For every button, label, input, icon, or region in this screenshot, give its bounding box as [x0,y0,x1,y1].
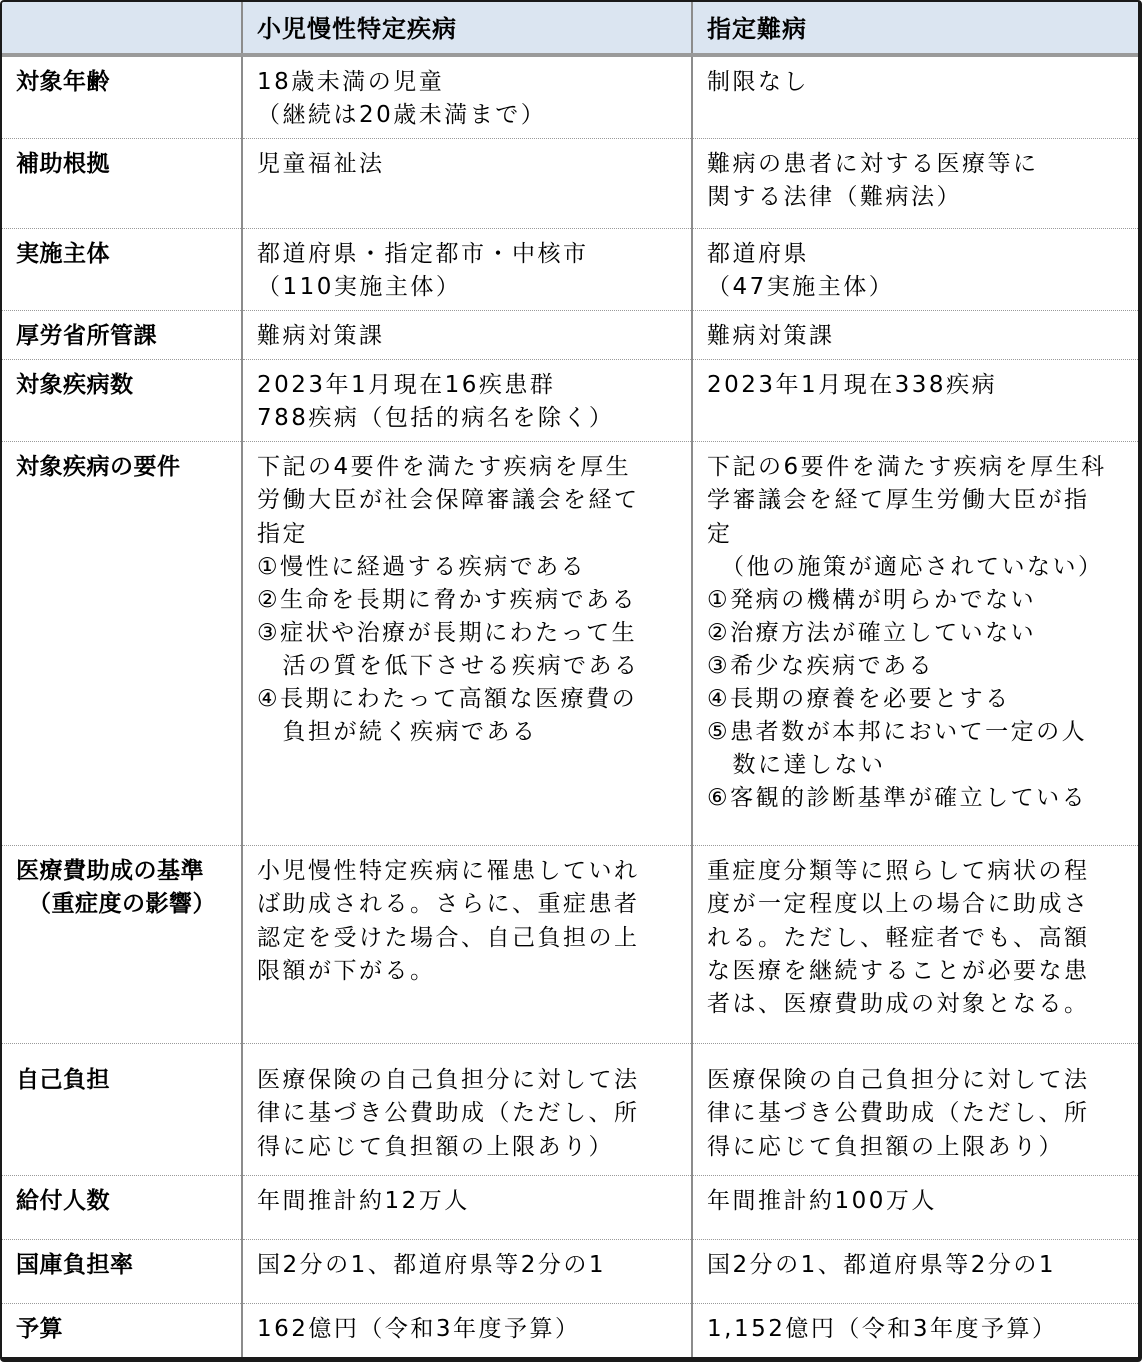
table-row-kyufu-ninzu: 給付人数 年間推計約12万人 年間推計約100万人 [2,1176,1142,1240]
table-row-shippei-yoken: 対象疾病の要件 下記の4要件を満たす疾病を厚生 労働大臣が社会保障審議会を経て … [2,442,1142,846]
cell-nanbyo: 2023年1月現在338疾病 [692,360,1142,442]
table-row-josei-kijun: 医療費助成の基準 （重症度の影響） 小児慢性特定疾病に罹患していれ ば助成される… [2,846,1142,1044]
cell-nanbyo: 年間推計約100万人 [692,1176,1142,1240]
cell-nanbyo: 医療保険の自己負担分に対して法 律に基づき公費助成（ただし、所 得に応じて負担額… [692,1044,1142,1176]
cell-shoni: 小児慢性特定疾病に罹患していれ ば助成される。さらに、重症患者 認定を受けた場合… [242,846,692,1044]
cell-nanbyo: 都道府県 （47実施主体） [692,228,1142,310]
cell-shoni: 2023年1月現在16疾患群 788疾病（包括的病名を除く） [242,360,692,442]
table-row-jiko-futan: 自己負担 医療保険の自己負担分に対して法 律に基づき公費助成（ただし、所 得に応… [2,1044,1142,1176]
cell-shoni: 年間推計約12万人 [242,1176,692,1240]
row-label: 対象疾病数 [2,360,242,442]
table-row-jisshi-shutai: 実施主体 都道府県・指定都市・中核市 （110実施主体） 都道府県 （47実施主… [2,228,1142,310]
cell-shoni: 下記の4要件を満たす疾病を厚生 労働大臣が社会保障審議会を経て 指定 ①慢性に経… [242,442,692,846]
cell-shoni: 難病対策課 [242,310,692,359]
cell-shoni: 国2分の1、都道府県等2分の1 [242,1240,692,1304]
row-label: 対象年齢 [2,55,242,139]
comparison-table-frame: 小児慢性特定疾病 指定難病 対象年齢 18歳未満の児童 （継続は20歳未満まで）… [0,0,1142,1362]
disease-program-comparison-table: 小児慢性特定疾病 指定難病 対象年齢 18歳未満の児童 （継続は20歳未満まで）… [2,2,1142,1362]
header-row: 小児慢性特定疾病 指定難病 [2,2,1142,55]
cell-nanbyo: 難病対策課 [692,310,1142,359]
header-empty-cell [2,2,242,55]
cell-shoni: 児童福祉法 [242,138,692,228]
row-label: 給付人数 [2,1176,242,1240]
cell-shoni: 162億円（令和3年度予算） [242,1304,692,1362]
cell-shoni: 18歳未満の児童 （継続は20歳未満まで） [242,55,692,139]
table-row-shippei-su: 対象疾病数 2023年1月現在16疾患群 788疾病（包括的病名を除く） 202… [2,360,1142,442]
row-label: 実施主体 [2,228,242,310]
row-label: 対象疾病の要件 [2,442,242,846]
header-shoni-mansei: 小児慢性特定疾病 [242,2,692,55]
cell-nanbyo: 重症度分類等に照らして病状の程 度が一定程度以上の場合に助成さ れる。ただし、軽… [692,846,1142,1044]
cell-nanbyo: 下記の6要件を満たす疾病を厚生科 学審議会を経て厚生労働大臣が指 定 （他の施策… [692,442,1142,846]
table-row-hojo-konkyo: 補助根拠 児童福祉法 難病の患者に対する医療等に 関する法律（難病法） [2,138,1142,228]
row-label: 補助根拠 [2,138,242,228]
row-label: 国庫負担率 [2,1240,242,1304]
cell-nanbyo: 難病の患者に対する医療等に 関する法律（難病法） [692,138,1142,228]
cell-nanbyo: 国2分の1、都道府県等2分の1 [692,1240,1142,1304]
row-label: 予算 [2,1304,242,1362]
cell-shoni: 都道府県・指定都市・中核市 （110実施主体） [242,228,692,310]
cell-nanbyo: 1,152億円（令和3年度予算） [692,1304,1142,1362]
row-label: 医療費助成の基準 （重症度の影響） [2,846,242,1044]
row-label: 厚労省所管課 [2,310,242,359]
table-row-kokko-futan-ritsu: 国庫負担率 国2分の1、都道府県等2分の1 国2分の1、都道府県等2分の1 [2,1240,1142,1304]
table-row-taishou-nenrei: 対象年齢 18歳未満の児童 （継続は20歳未満まで） 制限なし [2,55,1142,139]
table-row-shokan-ka: 厚労省所管課 難病対策課 難病対策課 [2,310,1142,359]
header-shitei-nanbyo: 指定難病 [692,2,1142,55]
cell-nanbyo: 制限なし [692,55,1142,139]
cell-shoni: 医療保険の自己負担分に対して法 律に基づき公費助成（ただし、所 得に応じて負担額… [242,1044,692,1176]
table-row-yosan: 予算 162億円（令和3年度予算） 1,152億円（令和3年度予算） [2,1304,1142,1362]
row-label: 自己負担 [2,1044,242,1176]
